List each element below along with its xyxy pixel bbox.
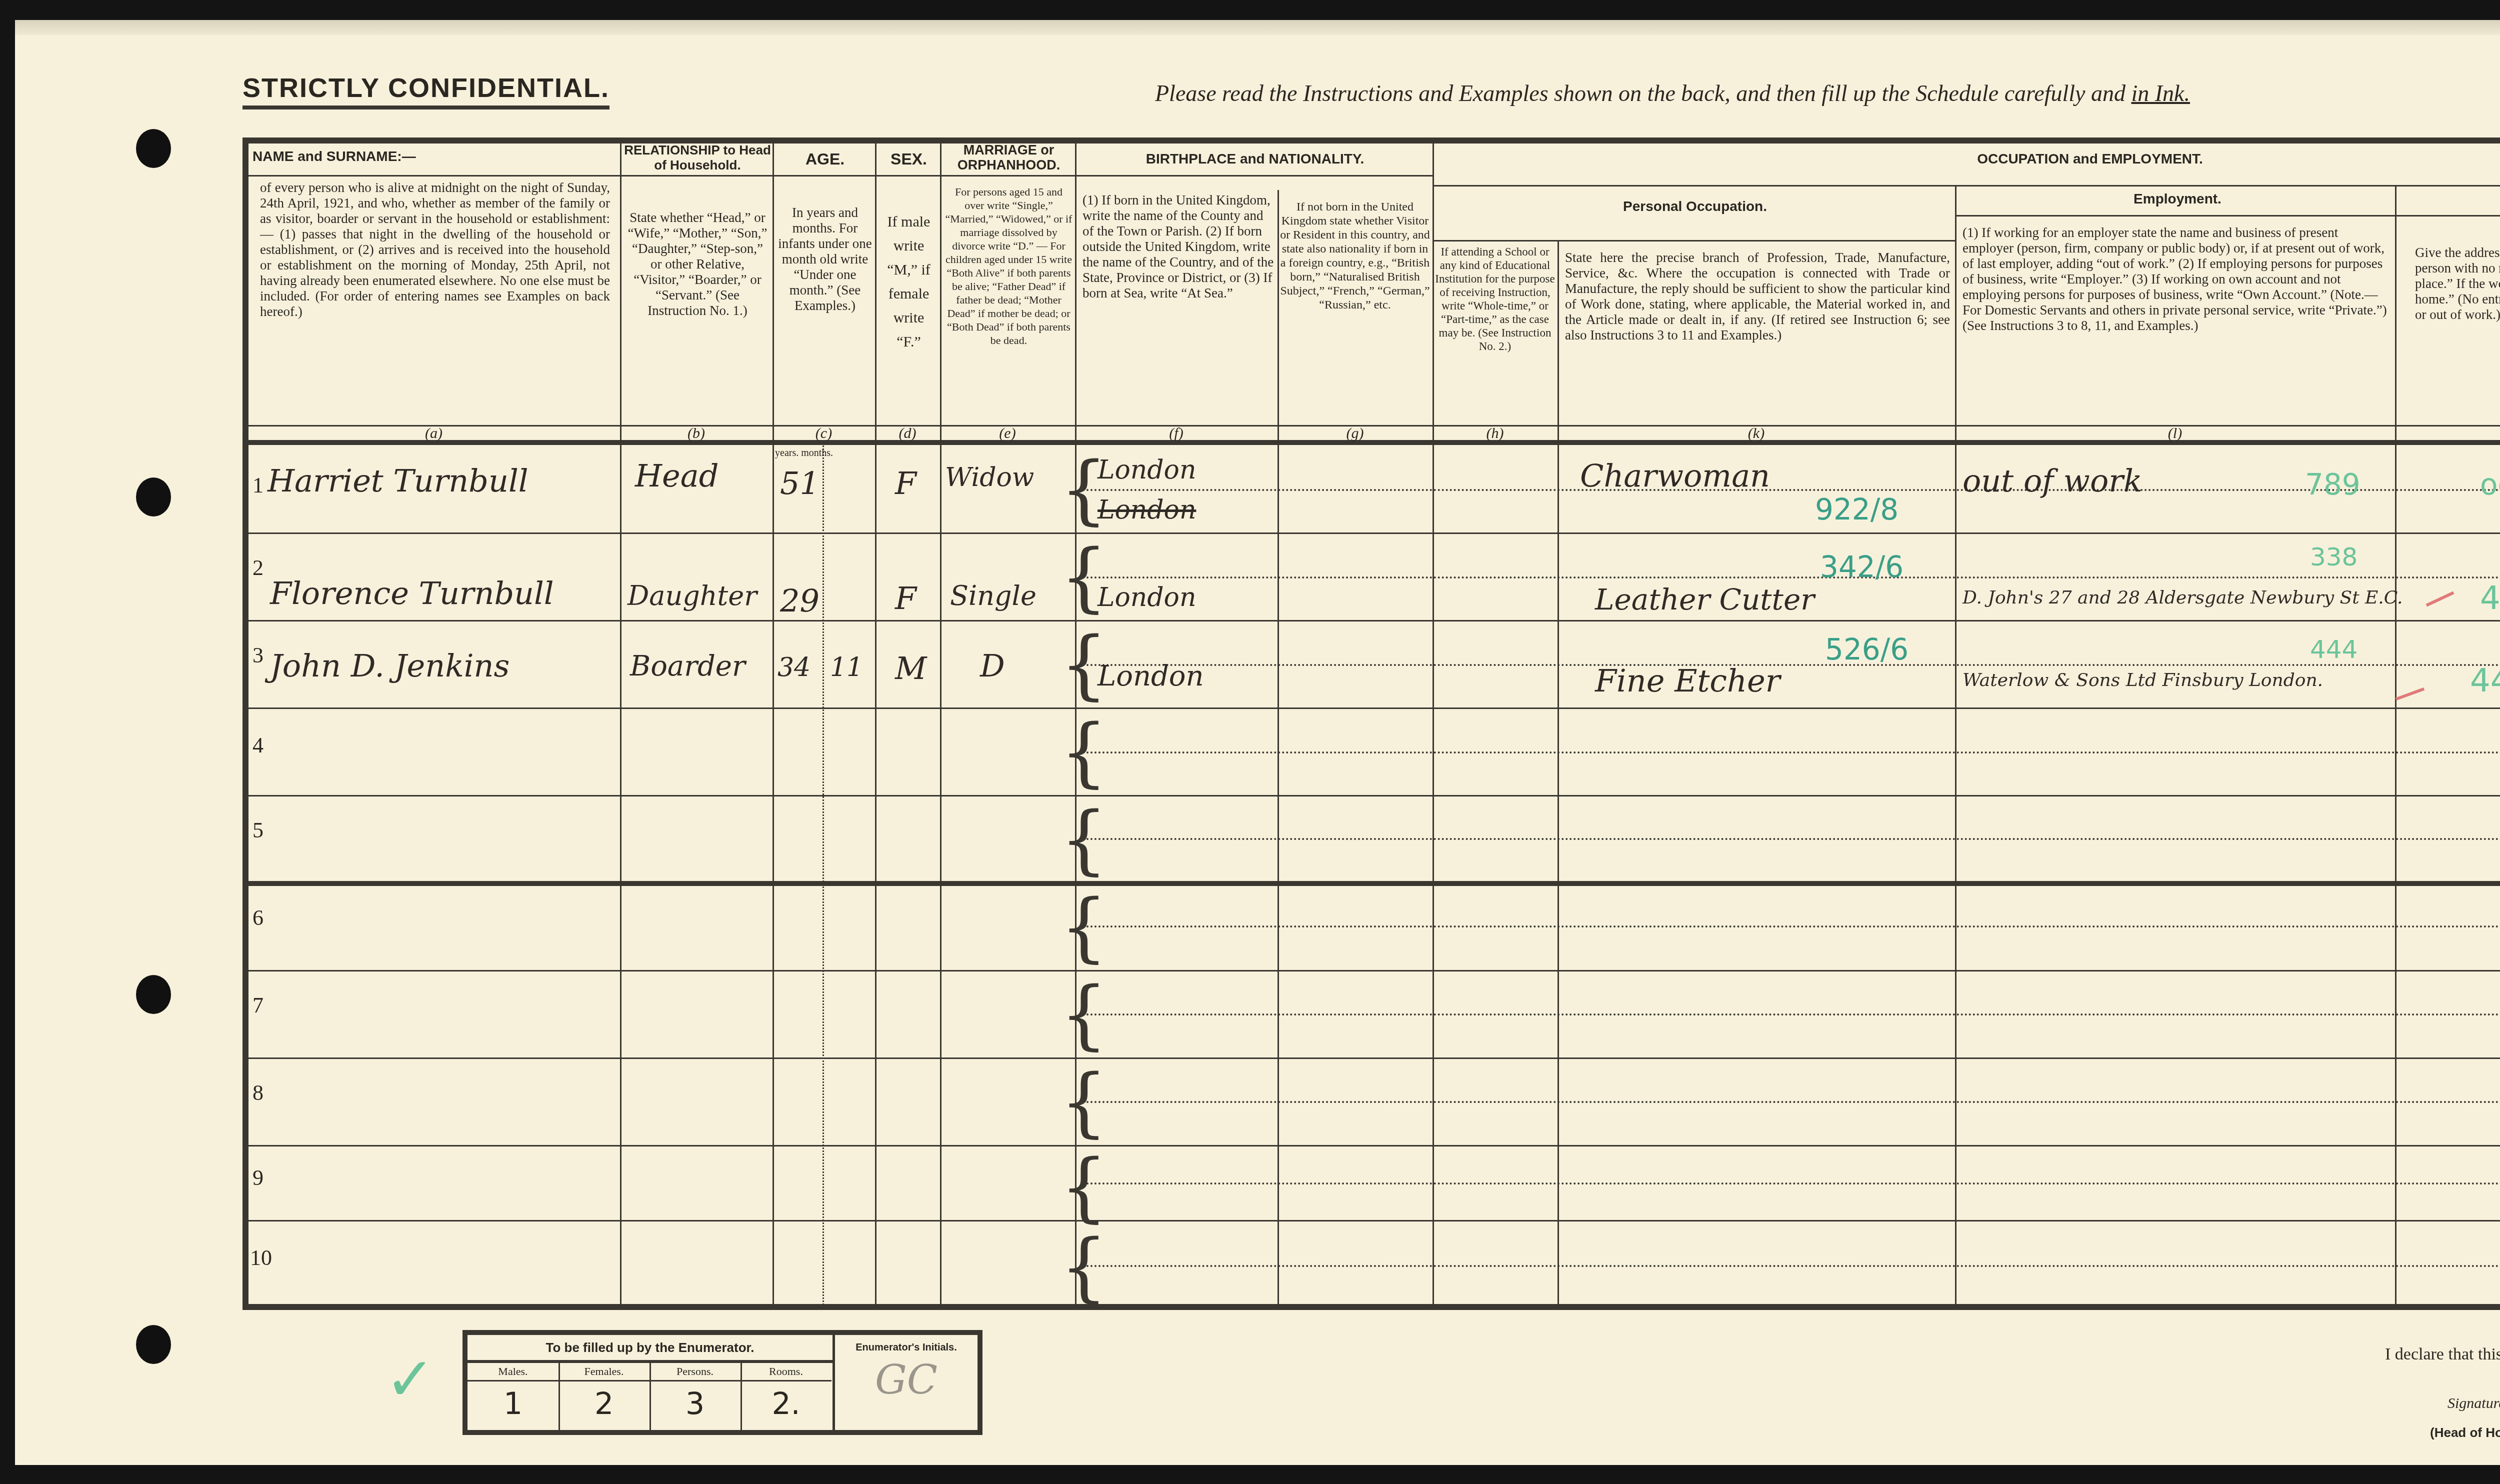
- employment-code: 338: [2310, 542, 2357, 571]
- row-rule: [247, 532, 2500, 534]
- birthplace-title: BIRTHPLACE and NATIONALITY.: [1080, 150, 1430, 168]
- col-d-body: If male write “M,” if female write “F.”: [880, 210, 937, 354]
- brace: {: [1060, 715, 1107, 790]
- birthplace: London: [1097, 455, 1196, 485]
- sub-row-rule: [1082, 489, 2500, 491]
- col-letter-a: (a): [247, 425, 620, 442]
- row-number: 7: [252, 992, 263, 1018]
- females-value: 2: [558, 1381, 649, 1426]
- enumerator-summary-box: To be filled up by the Enumerator. Males…: [462, 1330, 982, 1435]
- col-h-body: If attending a School or any kind of Edu…: [1435, 245, 1555, 353]
- persons-label: Persons.: [649, 1363, 740, 1381]
- enumerator-initials-cell: Enumerator's Initials. GC: [832, 1335, 977, 1430]
- punch-hole: [136, 129, 171, 168]
- sex: F: [895, 580, 916, 616]
- age-years: 29: [780, 582, 819, 619]
- occupation-code: 342/6: [1820, 550, 1903, 584]
- strictly-confidential-title: STRICTLY CONFIDENTIAL.: [242, 72, 609, 109]
- marriage-status: Widow: [945, 462, 1034, 492]
- workplace-code: oox: [2480, 467, 2500, 501]
- row-rule: [247, 795, 2500, 796]
- brace: {: [1060, 890, 1107, 965]
- row-number: 8: [252, 1080, 263, 1105]
- col-c-body: In years and months. For infants under o…: [777, 205, 872, 313]
- relationship: Boarder: [630, 650, 745, 682]
- rooms-label: Rooms.: [740, 1363, 831, 1381]
- row-number: 9: [252, 1165, 263, 1190]
- persons-cell: Persons. 3: [649, 1363, 742, 1430]
- col-divider: [1955, 185, 1956, 1307]
- col-b-body: State whether “Head,” or “Wife,” “Mother…: [625, 210, 770, 318]
- col-a-body: of every person who is alive at midnight…: [260, 180, 610, 319]
- workplace-code: 4480: [2470, 662, 2500, 699]
- row-rule: [247, 620, 2500, 621]
- row-rule: [247, 970, 2500, 971]
- torn-top-edge: [15, 20, 2500, 35]
- brace: {: [1060, 1150, 1107, 1225]
- brace: {: [1060, 977, 1107, 1052]
- col-divider: [940, 140, 941, 1307]
- col-divider: [1277, 190, 1279, 1307]
- sex: F: [895, 465, 916, 501]
- brace: {: [1060, 1065, 1107, 1140]
- age-subheader: years. months.: [775, 447, 833, 459]
- col-divider: [1432, 140, 1434, 1307]
- females-cell: Females. 2: [558, 1363, 651, 1430]
- employment-code: 444: [2310, 635, 2357, 664]
- occupation-code: 922/8: [1815, 492, 1898, 526]
- row-number: 1: [252, 472, 263, 498]
- col-letter-b: (b): [620, 425, 772, 442]
- col-divider: [620, 140, 621, 1307]
- employment: D. John's 27 and 28 Aldersgate Newbury S…: [1962, 587, 2403, 608]
- occupation: Charwoman: [1580, 457, 1770, 494]
- declaration-text: I declare that this Schedule is correctl…: [2385, 1345, 2500, 1364]
- header-rule: [1432, 185, 2500, 186]
- header-rule: [1432, 240, 1955, 241]
- col-letter-g: (g): [1277, 425, 1432, 442]
- occupation: Fine Etcher: [1595, 662, 1780, 699]
- relationship: Head: [635, 457, 718, 494]
- enumerator-initials-label: Enumerator's Initials.: [835, 1342, 977, 1353]
- col-letter-d: (d): [875, 425, 940, 442]
- employment-code: 789: [2305, 467, 2360, 501]
- sub-row-rule: [1082, 751, 2500, 753]
- punch-hole: [136, 477, 171, 516]
- brace: {: [1060, 802, 1107, 877]
- brace: {: [1060, 1230, 1107, 1305]
- row-rule: [247, 1145, 2500, 1146]
- marriage-status: D: [980, 647, 1005, 684]
- sub-row-rule: [1082, 664, 2500, 666]
- birthplace: London: [1097, 582, 1196, 612]
- age-months-divider: [822, 440, 824, 1307]
- sub-row-rule: [1082, 1182, 2500, 1184]
- fill-instructions: Please read the Instructions and Example…: [1155, 80, 2190, 106]
- birthplace: London: [1097, 660, 1204, 692]
- col-divider: [772, 140, 774, 1307]
- place-of-work-title: Place of Work.: [2400, 197, 2500, 215]
- row-number: 2: [252, 555, 263, 580]
- males-label: Males.: [467, 1363, 558, 1381]
- col-divider: [2395, 185, 2396, 1307]
- person-name: John D. Jenkins: [270, 647, 509, 684]
- signature-label: Signature: [2447, 1395, 2500, 1412]
- col-divider: [875, 140, 876, 1307]
- col-letter-e: (e): [940, 425, 1075, 442]
- enumerator-box-title: To be filled up by the Enumerator.: [467, 1335, 832, 1363]
- occupation: Leather Cutter: [1595, 582, 1814, 616]
- employment: Waterlow & Sons Ltd Finsbury London.: [1962, 670, 2323, 690]
- check-mark: ✓: [385, 1345, 435, 1414]
- col-f-body: (1) If born in the United Kingdom, write…: [1082, 192, 1275, 301]
- rooms-cell: Rooms. 2.: [740, 1363, 831, 1430]
- sub-row-rule: [1082, 1013, 2500, 1015]
- col-e-title: MARRIAGE or ORPHANHOOD.: [942, 142, 1075, 172]
- sub-row-rule: [1082, 1265, 2500, 1267]
- row-number: 4: [252, 732, 263, 758]
- col-d-title: SEX.: [877, 150, 940, 168]
- header-rule: [1075, 175, 1432, 176]
- col-a-title: NAME and SURNAME:—: [252, 147, 452, 165]
- sub-row-rule: [1082, 1101, 2500, 1103]
- col-m-body: Give the address of each person's place …: [2415, 245, 2500, 322]
- person-name: Florence Turnbull: [270, 575, 554, 611]
- col-letter-f: (f): [1075, 425, 1277, 442]
- age-years: 51: [780, 465, 819, 501]
- row-rule-thick: [247, 881, 2500, 886]
- row-number: 10: [250, 1245, 272, 1270]
- relationship: Daughter: [627, 580, 757, 611]
- birthplace-struck: London: [1097, 495, 1196, 525]
- row-number: 5: [252, 817, 263, 843]
- row-rule: [247, 1220, 2500, 1221]
- col-g-body: If not born in the United Kingdom state …: [1280, 200, 1430, 312]
- col-e-body: For persons aged 15 and over write “Sing…: [945, 185, 1072, 347]
- age-months: 11: [830, 652, 863, 682]
- marriage-status: Single: [950, 580, 1036, 611]
- row-rule: [247, 707, 2500, 709]
- header-rule: [247, 175, 1075, 176]
- employment-title: Employment.: [1960, 190, 2395, 208]
- row-number: 3: [252, 642, 263, 668]
- employment: out of work: [1962, 462, 2142, 499]
- col-c-title: AGE.: [775, 150, 875, 168]
- col-letter-c: (c): [772, 425, 875, 442]
- sex: M: [895, 650, 926, 686]
- persons-value: 3: [649, 1381, 740, 1426]
- person-name: Harriet Turnbull: [267, 462, 528, 499]
- sub-row-rule: [1082, 925, 2500, 927]
- col-letter-l: (l): [1955, 425, 2395, 442]
- occupation-code: 526/6: [1825, 632, 1908, 666]
- females-label: Females.: [558, 1363, 649, 1381]
- col-l-body: (1) If working for an employer state the…: [1962, 225, 2390, 333]
- workplace-code: 4480: [2480, 580, 2500, 617]
- enumerator-initials: GC: [835, 1356, 977, 1403]
- row-number: 6: [252, 905, 263, 930]
- col-divider: [1557, 240, 1559, 1307]
- rooms-value: 2.: [740, 1381, 831, 1426]
- col-letter-m: (m): [2395, 425, 2500, 442]
- col-letter-h: (h): [1432, 425, 1557, 442]
- males-cell: Males. 1: [467, 1363, 560, 1430]
- col-letter-k: (k): [1557, 425, 1955, 442]
- sub-row-rule: [1082, 838, 2500, 840]
- occupation-title: OCCUPATION and EMPLOYMENT.: [1435, 150, 2500, 168]
- sub-row-rule: [1082, 576, 2500, 578]
- col-b-title: RELATIONSHIP to Head of Household.: [622, 142, 772, 172]
- males-value: 1: [467, 1381, 558, 1426]
- row-rule: [247, 1057, 2500, 1059]
- personal-occupation-title: Personal Occupation.: [1435, 197, 1955, 215]
- signature-footnote: (Head of Household, Manager of Establish…: [2430, 1425, 2500, 1440]
- age-years: 34: [777, 652, 810, 682]
- punch-hole: [136, 1325, 171, 1364]
- col-k-body: State here the precise branch of Profess…: [1565, 250, 1950, 343]
- punch-hole: [136, 975, 171, 1014]
